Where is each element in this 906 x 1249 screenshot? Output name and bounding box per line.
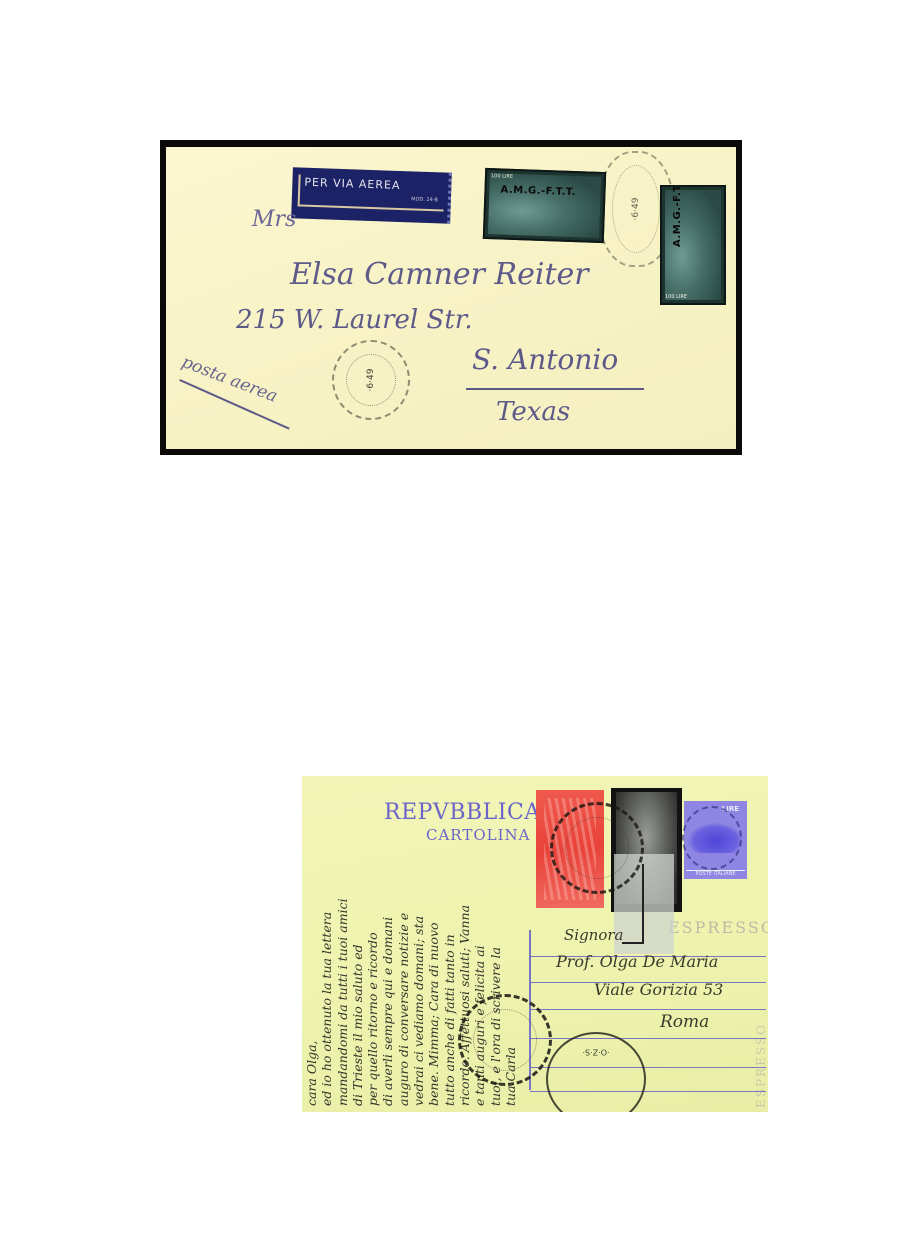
message-line: di averli sempre qui e domani: [380, 776, 395, 1106]
stamp-artwork: [488, 173, 601, 238]
stamp-value: 100 LIRE: [665, 294, 687, 300]
postcard-title: REPVBBLICA: [384, 800, 541, 825]
envelope-paper: PER VIA AEREA MOD. 24-B ·6·49 100 LIRE A…: [166, 147, 736, 449]
postmark-cancel-on-stamps: [550, 802, 644, 894]
address-line-title: Signora: [564, 926, 623, 944]
airmail-label: PER VIA AEREA MOD. 24-B: [291, 167, 452, 224]
postmark-date: ·6·49: [366, 369, 376, 392]
postmark-trieste: [458, 994, 552, 1086]
message-line: ed io ho ottenuto la tua lettera: [319, 776, 334, 1106]
airmail-envelope: PER VIA AEREA MOD. 24-B ·6·49 100 LIRE A…: [160, 140, 742, 455]
postmark-circular: ·6·49: [332, 340, 410, 420]
indicia-footer: POSTE ITALIANE: [686, 870, 745, 877]
postmark-inner-ring: [565, 817, 629, 879]
handwritten-city: S. Antonio: [472, 343, 618, 376]
address-rule: [530, 1009, 766, 1010]
label-bar: [642, 864, 644, 942]
express-marking: ESPRESSO: [668, 918, 768, 937]
message-line: auguro di conversare notizie e: [396, 776, 411, 1106]
message-line: vedrai ci vediamo domani; sta: [411, 776, 426, 1106]
label-bar-foot: [622, 942, 644, 944]
express-marking-vertical: ESPRESSO: [754, 1023, 768, 1108]
postcard-subtitle: CARTOLINA: [426, 826, 531, 844]
message-line: mandandomi da tutti i tuoi amici: [335, 776, 350, 1106]
handwritten-state: Texas: [496, 397, 570, 427]
postmark-cancel-on-indicia: [682, 806, 742, 870]
postmark-text: ·O·Z·S·: [582, 1048, 609, 1057]
postmark-inner-ring: [473, 1009, 537, 1071]
message-line: di Trieste il mio saluto ed: [350, 776, 365, 1106]
postmark-date: ·6·49: [631, 198, 641, 221]
stamp-overprint: A.M.G.-F.T.T.: [672, 185, 683, 247]
postmark-roma-espressi: ·O·Z·S·: [546, 1032, 646, 1112]
message-line: per quello ritorno e ricordo: [365, 776, 380, 1106]
address-line-street: Viale Gorizia 53: [594, 980, 723, 999]
airmail-label-small-text: MOD. 24-B: [411, 196, 438, 203]
stamp-value: 100 LIRE: [491, 173, 513, 180]
handwritten-salutation: Mrs: [252, 207, 296, 232]
postage-stamp-horizontal: 100 LIRE A.M.G.-F.T.T.: [483, 168, 606, 243]
postal-card: cara Olga, ed io ho ottenuto la tua lett…: [302, 776, 768, 1112]
address-line-city: Roma: [660, 1012, 709, 1032]
city-underline: [466, 388, 644, 390]
message-line: cara Olga,: [304, 776, 319, 1106]
handwritten-street: 215 W. Laurel Str.: [236, 305, 473, 335]
handwritten-airmail-note: posta aerea: [179, 352, 280, 407]
handwritten-recipient-name: Elsa Camner Reiter: [290, 257, 589, 292]
address-rule: [530, 1038, 766, 1039]
postage-stamp-vertical: 100 LIRE A.M.G.-F.T.T.: [660, 185, 726, 305]
address-line-name: Prof. Olga De Maria: [556, 952, 718, 971]
